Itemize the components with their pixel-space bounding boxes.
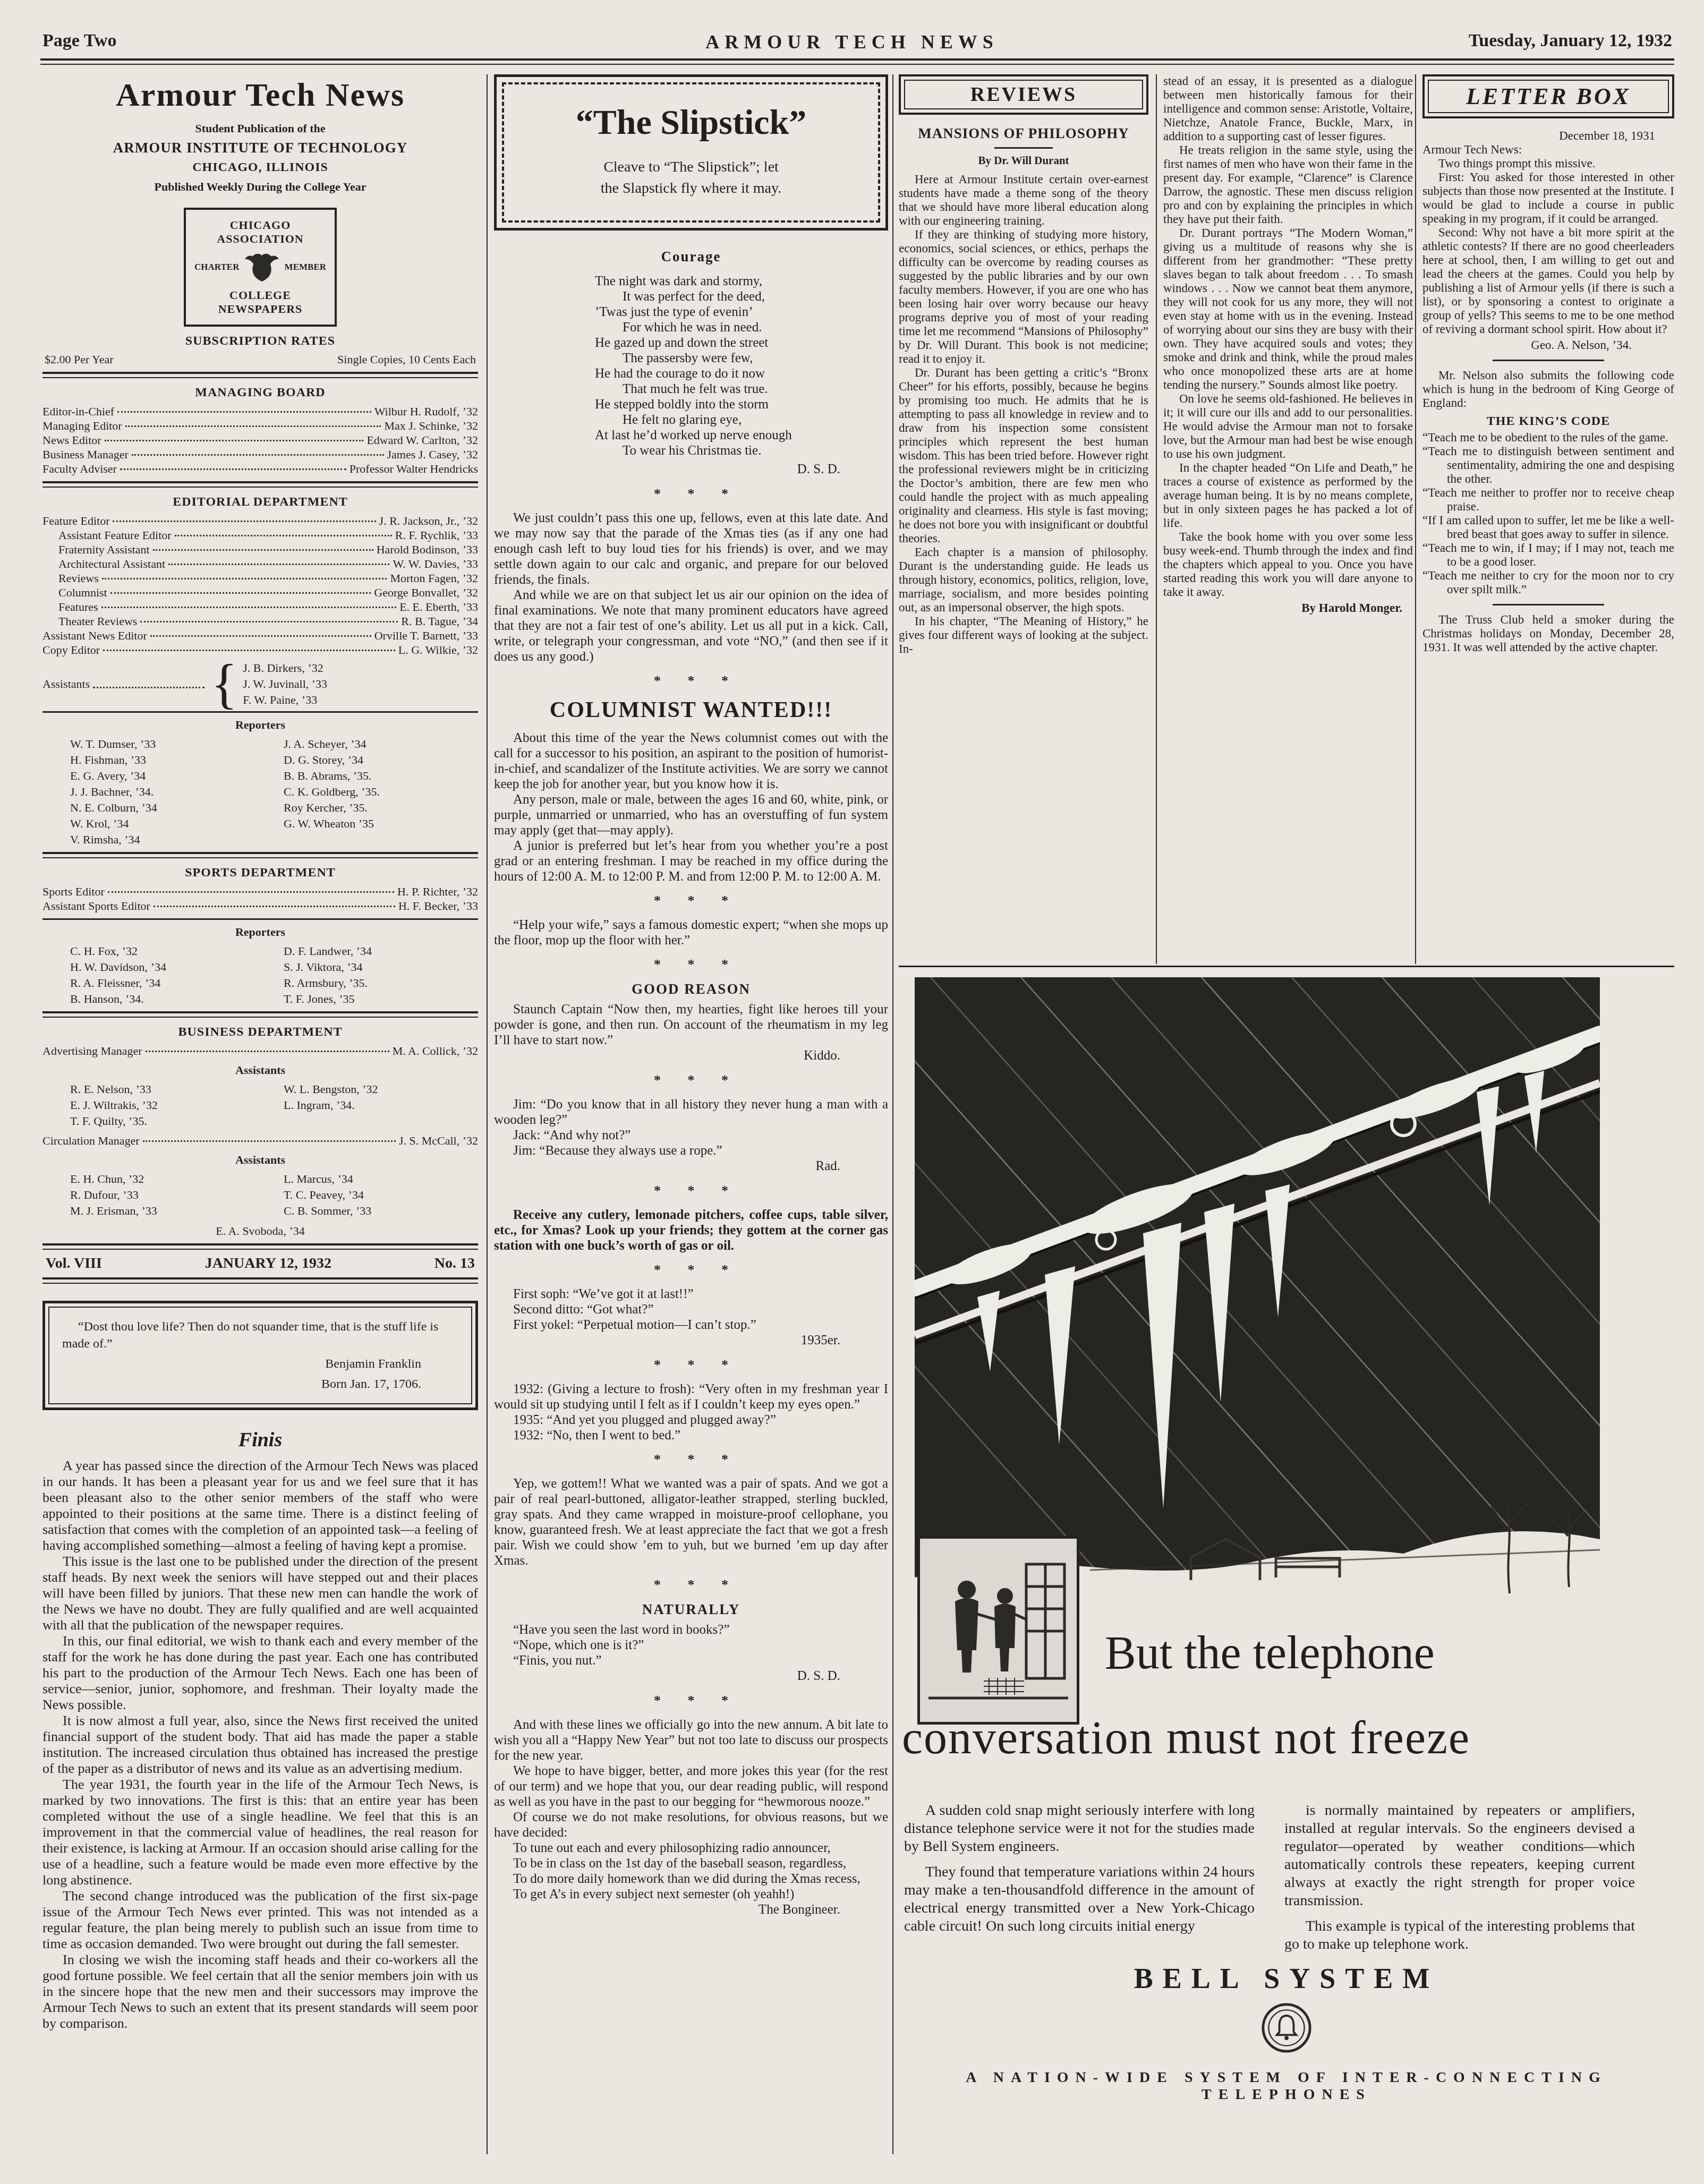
staff-role: Reviews [58, 571, 99, 585]
assistant-name: M. J. Erisman, ’33 [70, 1203, 265, 1219]
star-separator: * * * [494, 957, 888, 972]
reporter-name: T. F. Jones, ’35 [284, 991, 478, 1007]
leader-dots [150, 635, 371, 637]
divider [42, 1243, 478, 1250]
leader-dots [120, 468, 346, 470]
dialog-line: “Have you seen the last word in books?” [494, 1622, 888, 1637]
star-separator: * * * [494, 1577, 888, 1593]
assistant-name: E. J. Wiltrakis, ’32 [70, 1097, 265, 1113]
assistant-name: F. W. Paine, ’33 [243, 692, 327, 708]
staff-row: Business ManagerJames J. Casey, ’32 [42, 447, 478, 462]
staff-role: Advertising Manager [42, 1044, 142, 1058]
slipstick-title: “The Slipstick” [515, 103, 867, 143]
adv-assistants-right: W. L. Bengston, ’32L. Ingram, ’34. [265, 1081, 478, 1129]
star-separator: * * * [494, 673, 888, 689]
ad-top-rule [899, 966, 1674, 967]
letter-salutation: Armour Tech News: [1422, 143, 1674, 157]
circ-assistants-left: E. H. Chun, ’32R. Dufour, ’33M. J. Erism… [42, 1171, 265, 1219]
slipstick-paragraph: Any person, male or male, between the ag… [494, 792, 888, 838]
leader-dots [110, 592, 371, 594]
assistant-name: R. E. Nelson, ’33 [70, 1081, 265, 1097]
quote-born: Born Jan. 17, 1706. [62, 1376, 458, 1393]
signature: D. S. D. [494, 462, 888, 477]
reporter-name: V. Rimsha, ’34 [70, 832, 265, 848]
staff-role: Managing Editor [42, 419, 122, 433]
reporter-name: E. G. Avery, ’34 [70, 768, 265, 784]
staff-name: George Bonvallet, ’32 [374, 585, 478, 600]
staff-name: M. A. Collick, ’32 [393, 1044, 478, 1058]
masthead-city: CHICAGO, ILLINOIS [42, 160, 478, 175]
assistant-name: W. L. Bengston, ’32 [284, 1081, 478, 1097]
staff-role: Sports Editor [42, 884, 105, 899]
slipstick-paragraph: Of course we do not make resolutions, fo… [494, 1810, 888, 1840]
column-divider [487, 74, 488, 2154]
resolution-line: To be in class on the 1st day of the bas… [494, 1856, 888, 1871]
reporter-name: J. J. Bachner, ’34. [70, 784, 265, 800]
reporter-name: H. Fishman, ’33 [70, 752, 265, 768]
finis-heading: Finis [42, 1428, 478, 1452]
quote-attribution: Benjamin Franklin [62, 1355, 458, 1372]
staff-row: Assistant Feature EditorR. F. Rychlik, ’… [42, 528, 478, 542]
signature: Rad. [494, 1158, 888, 1174]
letter-box-column: LETTER BOX December 18, 1931 Armour Tech… [1422, 74, 1674, 965]
dialog-line: 1932: “No, then I went to bed.” [494, 1428, 888, 1443]
leader-dots [168, 564, 389, 565]
review-title: MANSIONS OF PHILOSOPHY [899, 125, 1148, 142]
review-paragraph: Dr. Durant has been getting a critic’s “… [899, 366, 1148, 545]
business-dept-heading: BUSINESS DEPARTMENT [42, 1025, 478, 1039]
column-divider [892, 74, 893, 2154]
editor-paragraph: In this, our final editorial, we wish to… [42, 1633, 478, 1713]
staff-row: Sports EditorH. P. Richter, ’32 [42, 884, 478, 899]
poem-line: ’Twas just the type of evenin’ [595, 304, 888, 320]
letter-paragraph: First: You asked for those interested in… [1422, 170, 1674, 226]
circ-assistants-right: L. Marcus, ’34T. C. Peavey, ’34C. B. Som… [265, 1171, 478, 1219]
quote-text: “Dost thou love life? Then do not squand… [62, 1318, 458, 1352]
charter-label: CHARTER [194, 262, 239, 272]
leader-dots [102, 578, 387, 579]
staff-role: Features [58, 600, 98, 614]
bell-system-logo [1261, 2002, 1312, 2053]
truss-club-note: The Truss Club held a smoker during the … [1422, 613, 1674, 654]
staff-name: J. R. Jackson, Jr., ’32 [379, 514, 478, 528]
courage-heading: Courage [494, 249, 888, 265]
staff-role: Theater Reviews [58, 614, 137, 628]
poem-line: It was perfect for the deed, [595, 289, 888, 304]
star-separator: * * * [494, 893, 888, 909]
staff-name: W. W. Davies, ’33 [393, 557, 478, 571]
staff-row: Faculty AdviserProfessor Walter Hendrick… [42, 462, 478, 476]
divider [42, 372, 478, 378]
divider [1493, 604, 1604, 605]
slipstick-paragraph: A junior is preferred but let’s hear fro… [494, 838, 888, 884]
subscription-heading: SUBSCRIPTION RATES [42, 334, 478, 348]
staff-role: Copy Editor [42, 643, 100, 657]
assistants-label: Assistants [42, 677, 90, 691]
staff-name: Professor Walter Hendricks [350, 462, 478, 476]
star-separator: * * * [494, 486, 888, 502]
ad-paragraph: They found that temperature variations w… [904, 1863, 1255, 1935]
poem-line: The night was dark and stormy, [595, 274, 888, 289]
divider [42, 481, 478, 488]
reporters-left: W. T. Dumser, ’33H. Fishman, ’33E. G. Av… [42, 736, 265, 848]
assistant-name: T. F. Quilty, ’35. [70, 1113, 265, 1129]
eagle-emblem-icon [244, 251, 279, 283]
letter-signature: Geo. A. Nelson, ’34. [1422, 338, 1674, 352]
association-line1: CHICAGO ASSOCIATION [191, 218, 329, 246]
winter-illustration [915, 977, 1600, 1617]
staff-name: R. B. Tague, ’34 [401, 614, 478, 628]
dialog-line: Jim: “Do you know that in all history th… [494, 1097, 888, 1128]
star-separator: * * * [494, 1183, 888, 1199]
editor-paragraph: The year 1931, the fourth year in the li… [42, 1777, 478, 1888]
slipstick-paragraph: And while we are on that subject let us … [494, 587, 888, 664]
column-divider [1415, 74, 1416, 964]
sports-dept-heading: SPORTS DEPARTMENT [42, 866, 478, 880]
editor-paragraph: In closing we wish the incoming staff he… [42, 1952, 478, 2032]
staff-role: Faculty Adviser [42, 462, 117, 476]
reporter-name: D. F. Landwer, ’34 [284, 943, 478, 959]
divider [42, 852, 478, 858]
leader-dots [105, 440, 364, 441]
signature: The Bongineer. [494, 1902, 888, 1918]
staff-row: ReviewsMorton Fagen, ’32 [42, 571, 478, 585]
slipstick-paragraph: We just couldn’t pass this one up, fello… [494, 510, 888, 587]
editor-paragraph: It is now almost a full year, also, sinc… [42, 1713, 478, 1777]
quote-box: “Dost thou love life? Then do not squand… [42, 1301, 478, 1410]
staff-row: Assistant Sports EditorH. F. Becker, ’33 [42, 899, 478, 913]
letter-paragraph: Two things prompt this missive. [1422, 157, 1674, 170]
circulation-assistants: E. H. Chun, ’32R. Dufour, ’33M. J. Erism… [42, 1170, 478, 1223]
poem-line: To wear his Christmas tie. [595, 443, 888, 458]
staff-row: Editor-in-ChiefWilbur H. Rudolf, ’32 [42, 404, 478, 419]
staff-row: Managing EditorMax J. Schinke, ’32 [42, 419, 478, 433]
review-paragraph: If they are thinking of studying more hi… [899, 228, 1148, 366]
poem-line: At last he’d worked up nerve enough [595, 428, 888, 443]
bell-system-wordmark: BELL SYSTEM [899, 1962, 1674, 1995]
staff-name: Edward W. Carlton, ’32 [367, 433, 478, 447]
code-line: “Teach me to be obedient to the rules of… [1422, 431, 1674, 445]
ad-paragraph: A sudden cold snap might seriously inter… [904, 1802, 1255, 1856]
reporter-name: C. H. Fox, ’32 [70, 943, 265, 959]
reporter-name: B. Hanson, ’34. [70, 991, 265, 1007]
subscription-rates: $2.00 Per Year Single Copies, 10 Cents E… [42, 353, 478, 372]
dialog-line: 1935: “And yet you plugged and plugged a… [494, 1412, 888, 1428]
code-line: “Teach me neither to cry for the moon no… [1422, 569, 1674, 596]
review-paragraph: Take the book home with you over some le… [1163, 530, 1413, 599]
divider [42, 1277, 478, 1284]
assistants-heading: Assistants [42, 1153, 478, 1167]
column-divider [1156, 74, 1157, 964]
leader-dots [140, 621, 398, 622]
code-line: “Teach me to win, if I may; if I may not… [1422, 541, 1674, 569]
staff-row: Assistant News EditorOrville T. Barnett,… [42, 628, 478, 643]
staff-name: Wilbur H. Rudolf, ’32 [374, 404, 478, 419]
leader-dots [143, 1140, 396, 1142]
leader-dots [108, 891, 394, 893]
reporter-name: W. T. Dumser, ’33 [70, 736, 265, 752]
reviews-continued-column: stead of an essay, it is presented as a … [1163, 74, 1413, 962]
volume-date: JANUARY 12, 1932 [205, 1255, 331, 1272]
divider [42, 711, 478, 713]
slipstick-joke: “Help your wife,” says a famous domestic… [494, 917, 888, 948]
slipstick-paragraph: We hope to have bigger, better, and more… [494, 1763, 888, 1810]
reviews-column: REVIEWS MANSIONS OF PHILOSOPHY By Dr. Wi… [899, 74, 1148, 962]
editorial-dept-heading: EDITORIAL DEPARTMENT [42, 495, 478, 509]
reporter-name: D. G. Storey, ’34 [284, 752, 478, 768]
poem-line: He stepped boldly into the storm [595, 397, 888, 412]
star-separator: * * * [494, 1072, 888, 1088]
slipstick-paragraph: And with these lines we officially go in… [494, 1717, 888, 1763]
newspaper-page: Page Two ARMOUR TECH NEWS Tuesday, Janua… [0, 0, 1704, 2184]
header-rule [40, 58, 1674, 65]
assistant-name: J. B. Dirkers, ’32 [243, 660, 327, 676]
brace-glyph: { [211, 660, 237, 708]
staff-row: Architectural AssistantW. W. Davies, ’33 [42, 557, 478, 571]
staff-name: James J. Casey, ’32 [387, 447, 479, 462]
ad-paragraph: is normally maintained by repeaters or a… [1284, 1802, 1635, 1910]
staff-name: H. P. Richter, ’32 [397, 884, 478, 899]
assistant-name: C. B. Sommer, ’33 [284, 1203, 478, 1219]
poem-line: He had the courage to do it now [595, 366, 888, 381]
leader-dots [117, 411, 371, 413]
poem-line: He gazed up and down the street [595, 335, 888, 351]
review-paragraph: He treats religion in the same style, us… [1163, 143, 1413, 226]
poem-line: The passersby were few, [595, 351, 888, 366]
finis-editorial: A year has passed since the direction of… [42, 1458, 478, 2032]
dialog-line: “Finis, you nut.” [494, 1653, 888, 1668]
divider [42, 918, 478, 920]
review-paragraph: On love he seems old-fashioned. He belie… [1163, 392, 1413, 461]
kings-code-heading: THE KING’S CODE [1422, 414, 1674, 429]
letter-paragraph: Second: Why not have a bit more spirit a… [1422, 226, 1674, 336]
reporter-name: S. J. Viktora, ’34 [284, 959, 478, 975]
ad-headline-line2: conversation must not freeze [902, 1712, 1608, 1764]
rate-per-year: $2.00 Per Year [45, 353, 114, 366]
managing-board-heading: MANAGING BOARD [42, 386, 478, 400]
staff-name: Harold Bodinson, ’33 [377, 542, 478, 557]
staff-row: Fraternity AssistantHarold Bodinson, ’33 [42, 542, 478, 557]
leader-dots [132, 454, 384, 456]
slipstick-joke: Receive any cutlery, lemonade pitchers, … [494, 1207, 888, 1253]
advertising-assistants: R. E. Nelson, ’33E. J. Wiltrakis, ’32T. … [42, 1080, 478, 1133]
naturally-heading: NATURALLY [494, 1601, 888, 1618]
reporter-name: G. W. Wheaton ’35 [284, 816, 478, 832]
review-paragraph: Here at Armour Institute certain over-ea… [899, 173, 1148, 228]
staff-row: News EditorEdward W. Carlton, ’32 [42, 433, 478, 447]
resolution-line: To do more daily homework than we did du… [494, 1871, 888, 1887]
slipstick-paragraph: Yep, we gottem!! What we wanted was a pa… [494, 1476, 888, 1568]
poem-line: For which he was in need. [595, 320, 888, 335]
ad-body-right: is normally maintained by repeaters or a… [1284, 1802, 1635, 1961]
star-separator: * * * [494, 1357, 888, 1373]
staff-name: E. E. Eberth, ’33 [399, 600, 478, 614]
association-line3: COLLEGE NEWSPAPERS [191, 288, 329, 316]
dialog-line: First yokel: “Perpetual motion—I can’t s… [494, 1317, 888, 1333]
signature: 1935er. [494, 1333, 888, 1349]
review-paragraph: stead of an essay, it is presented as a … [1163, 74, 1413, 143]
adv-assistants-left: R. E. Nelson, ’33E. J. Wiltrakis, ’32T. … [42, 1081, 265, 1129]
rate-single-copy: Single Copies, 10 Cents Each [337, 353, 476, 366]
dialog-line: “Nope, which one is it?” [494, 1637, 888, 1653]
ad-paragraph: This example is typical of the interesti… [1284, 1917, 1635, 1953]
staff-role: Assistant News Editor [42, 628, 147, 643]
code-line: “Teach me to distinguish between sentime… [1422, 445, 1674, 486]
dialog-line: 1932: (Giving a lecture to frosh): “Very… [494, 1381, 888, 1412]
sports-reporters-left: C. H. Fox, ’32H. W. Davidson, ’34R. A. F… [42, 943, 265, 1007]
masthead-institute: ARMOUR INSTITUTE OF TECHNOLOGY [42, 140, 478, 156]
letter-box-heading: LETTER BOX [1428, 80, 1669, 113]
slipstick-box: “The Slipstick” Cleave to “The Slipstick… [494, 74, 888, 231]
reporter-name: J. A. Scheyer, ’34 [284, 736, 478, 752]
issue-number: No. 13 [434, 1255, 475, 1272]
sports-reporters-heading: Reporters [42, 925, 478, 939]
resolution-line: To tune out each and every philosophizin… [494, 1840, 888, 1856]
divider [994, 147, 1053, 149]
staff-role: Assistant Feature Editor [58, 528, 172, 542]
columnist-wanted-heading: COLUMNIST WANTED!!! [494, 697, 888, 723]
sports-reporters-list: C. H. Fox, ’32H. W. Davidson, ’34R. A. F… [42, 942, 478, 1011]
dialog-line: Second ditto: “Got what?” [494, 1302, 888, 1317]
reporter-name: C. K. Goldberg, ’35. [284, 784, 478, 800]
star-separator: * * * [494, 1452, 888, 1468]
reviews-box: REVIEWS [899, 74, 1148, 115]
reviews-heading: REVIEWS [904, 80, 1143, 109]
resolution-line: To get A’s in every subject next semeste… [494, 1887, 888, 1902]
ad-footer-slogan: A NATION-WIDE SYSTEM OF INTER-CONNECTING… [899, 2069, 1674, 2103]
reporter-name: W. Krol, ’34 [70, 816, 265, 832]
engineers-inset-illustration [917, 1536, 1079, 1725]
slipstick-tagline: Cleave to “The Slipstick”; let [515, 157, 867, 178]
staff-role: Assistant Sports Editor [42, 899, 150, 913]
leader-dots [154, 906, 395, 907]
assistant-name: L. Marcus, ’34 [284, 1171, 478, 1187]
newspaper-name: ARMOUR TECH NEWS [0, 31, 1704, 53]
star-separator: * * * [494, 1693, 888, 1709]
assistant-name: R. Dufour, ’33 [70, 1187, 265, 1203]
reporter-name: H. W. Davidson, ’34 [70, 959, 265, 975]
assistant-name: T. C. Peavey, ’34 [284, 1187, 478, 1203]
slipstick-joke: Staunch Captain “Now then, my hearties, … [494, 1002, 888, 1048]
staff-name: Max J. Schinke, ’32 [384, 419, 478, 433]
divider [42, 1011, 478, 1018]
reporter-name: Roy Kercher, ’35. [284, 800, 478, 816]
assistant-name: L. Ingram, ’34. [284, 1097, 478, 1113]
member-label: MEMBER [285, 262, 326, 272]
dialog-line: Jim: “Because they always use a rope.” [494, 1143, 888, 1158]
assistant-name: E. H. Chun, ’32 [70, 1171, 265, 1187]
poem-line: That much he felt was true. [595, 381, 888, 397]
masthead-column: Armour Tech News Student Publication of … [42, 74, 478, 2032]
staff-name: Orville T. Barnett, ’33 [374, 628, 478, 643]
slipstick-column: “The Slipstick” Cleave to “The Slipstick… [494, 74, 888, 1918]
leader-dots [113, 521, 376, 522]
ad-headline-line1: But the telephone [1105, 1627, 1604, 1679]
star-separator: * * * [494, 1262, 888, 1278]
association-emblem-box: CHICAGO ASSOCIATION CHARTER MEMBER COLLE… [184, 208, 337, 327]
staff-row: ColumnistGeorge Bonvallet, ’32 [42, 585, 478, 600]
assistant-name: E. A. Svoboda, ’34 [42, 1224, 478, 1238]
leader-dots [93, 687, 205, 688]
staff-name: J. S. McCall, ’32 [399, 1133, 478, 1148]
kings-code-list: “Teach me to be obedient to the rules of… [1422, 431, 1674, 596]
reporters-right: J. A. Scheyer, ’34D. G. Storey, ’34B. B.… [265, 736, 478, 848]
signature: Kiddo. [494, 1048, 888, 1064]
staff-role: Architectural Assistant [58, 557, 165, 571]
volume-number: Vol. VIII [46, 1255, 102, 1272]
masthead-subtitle: Student Publication of the [42, 122, 478, 135]
staff-name: H. F. Becker, ’33 [398, 899, 478, 913]
staff-row: Theater ReviewsR. B. Tague, ’34 [42, 614, 478, 628]
masthead-title: Armour Tech News [42, 76, 478, 114]
staff-role: Columnist [58, 585, 107, 600]
dialog-line: Jack: “And why not?” [494, 1128, 888, 1143]
assistant-name: J. W. Juvinall, ’33 [243, 676, 327, 692]
resolutions-list: To tune out each and every philosophizin… [494, 1840, 888, 1902]
staff-row: Feature EditorJ. R. Jackson, Jr., ’32 [42, 514, 478, 528]
leader-dots [125, 425, 381, 427]
issue-date: Tuesday, January 12, 1932 [1469, 31, 1672, 51]
letter-date: December 18, 1931 [1422, 129, 1674, 143]
reporter-name: N. E. Colburn, ’34 [70, 800, 265, 816]
courage-poem: The night was dark and stormy,It was per… [595, 274, 888, 458]
staff-role: Feature Editor [42, 514, 109, 528]
sports-reporters-right: D. F. Landwer, ’34S. J. Viktora, ’34R. A… [265, 943, 478, 1007]
leader-dots [103, 650, 395, 651]
editor-paragraph: This issue is the last one to be publish… [42, 1554, 478, 1633]
leader-dots [175, 535, 392, 536]
letter-paragraph: Mr. Nelson also submits the following co… [1422, 369, 1674, 410]
staff-row: Circulation ManagerJ. S. McCall, ’32 [42, 1133, 478, 1148]
slipstick-paragraph: About this time of the year the News col… [494, 730, 888, 792]
review-paragraph: In the chapter headed “On Life and Death… [1163, 461, 1413, 530]
slipstick-tagline: the Slapstick fly where it may. [515, 178, 867, 199]
poem-line: He felt no glaring eye, [595, 412, 888, 428]
volume-row: Vol. VIII JANUARY 12, 1932 No. 13 [42, 1250, 478, 1277]
assistants-heading: Assistants [42, 1063, 478, 1077]
review-paragraph: Each chapter is a mansion of philosophy.… [899, 545, 1148, 615]
bell-system-ad: But the telephone conversation must not … [899, 973, 1674, 2179]
staff-name: Morton Fagen, ’32 [390, 571, 478, 585]
reporters-list: W. T. Dumser, ’33H. Fishman, ’33E. G. Av… [42, 735, 478, 852]
code-line: “If I am called upon to suffer, let me b… [1422, 514, 1674, 541]
staff-role: Business Manager [42, 447, 129, 462]
staff-name: L. G. Wilkie, ’32 [398, 643, 478, 657]
review-paragraph: In his chapter, “The Meaning of History,… [899, 615, 1148, 656]
masthead-frequency: Published Weekly During the College Year [42, 180, 478, 194]
staff-row: Advertising ManagerM. A. Collick, ’32 [42, 1044, 478, 1058]
review-paragraph: Dr. Durant portrays “The Modern Woman,” … [1163, 226, 1413, 392]
divider [1493, 360, 1604, 361]
assistants-names: J. B. Dirkers, ’32J. W. Juvinall, ’33F. … [243, 660, 327, 708]
editor-paragraph: The second change introduced was the pub… [42, 1888, 478, 1952]
review-byline: By Dr. Will Durant [899, 154, 1148, 167]
staff-row: FeaturesE. E. Eberth, ’33 [42, 600, 478, 614]
review-author: By Harold Monger. [1163, 601, 1413, 615]
staff-name: R. F. Rychlik, ’33 [395, 528, 478, 542]
staff-row: Copy EditorL. G. Wilkie, ’32 [42, 643, 478, 657]
leader-dots [146, 1051, 389, 1052]
dialog-line: First soph: “We’ve got it at last!!” [494, 1286, 888, 1302]
editor-paragraph: A year has passed since the direction of… [42, 1458, 478, 1554]
signature: D. S. D. [494, 1668, 888, 1684]
staff-role: Editor-in-Chief [42, 404, 114, 419]
reporter-name: B. B. Abrams, ’35. [284, 768, 478, 784]
reporter-name: R. A. Fleissner, ’34 [70, 975, 265, 991]
assistants-row: Assistants { J. B. Dirkers, ’32J. W. Juv… [42, 660, 478, 708]
code-line: “Teach me neither to proffer nor to rece… [1422, 486, 1674, 514]
staff-role: Circulation Manager [42, 1133, 140, 1148]
